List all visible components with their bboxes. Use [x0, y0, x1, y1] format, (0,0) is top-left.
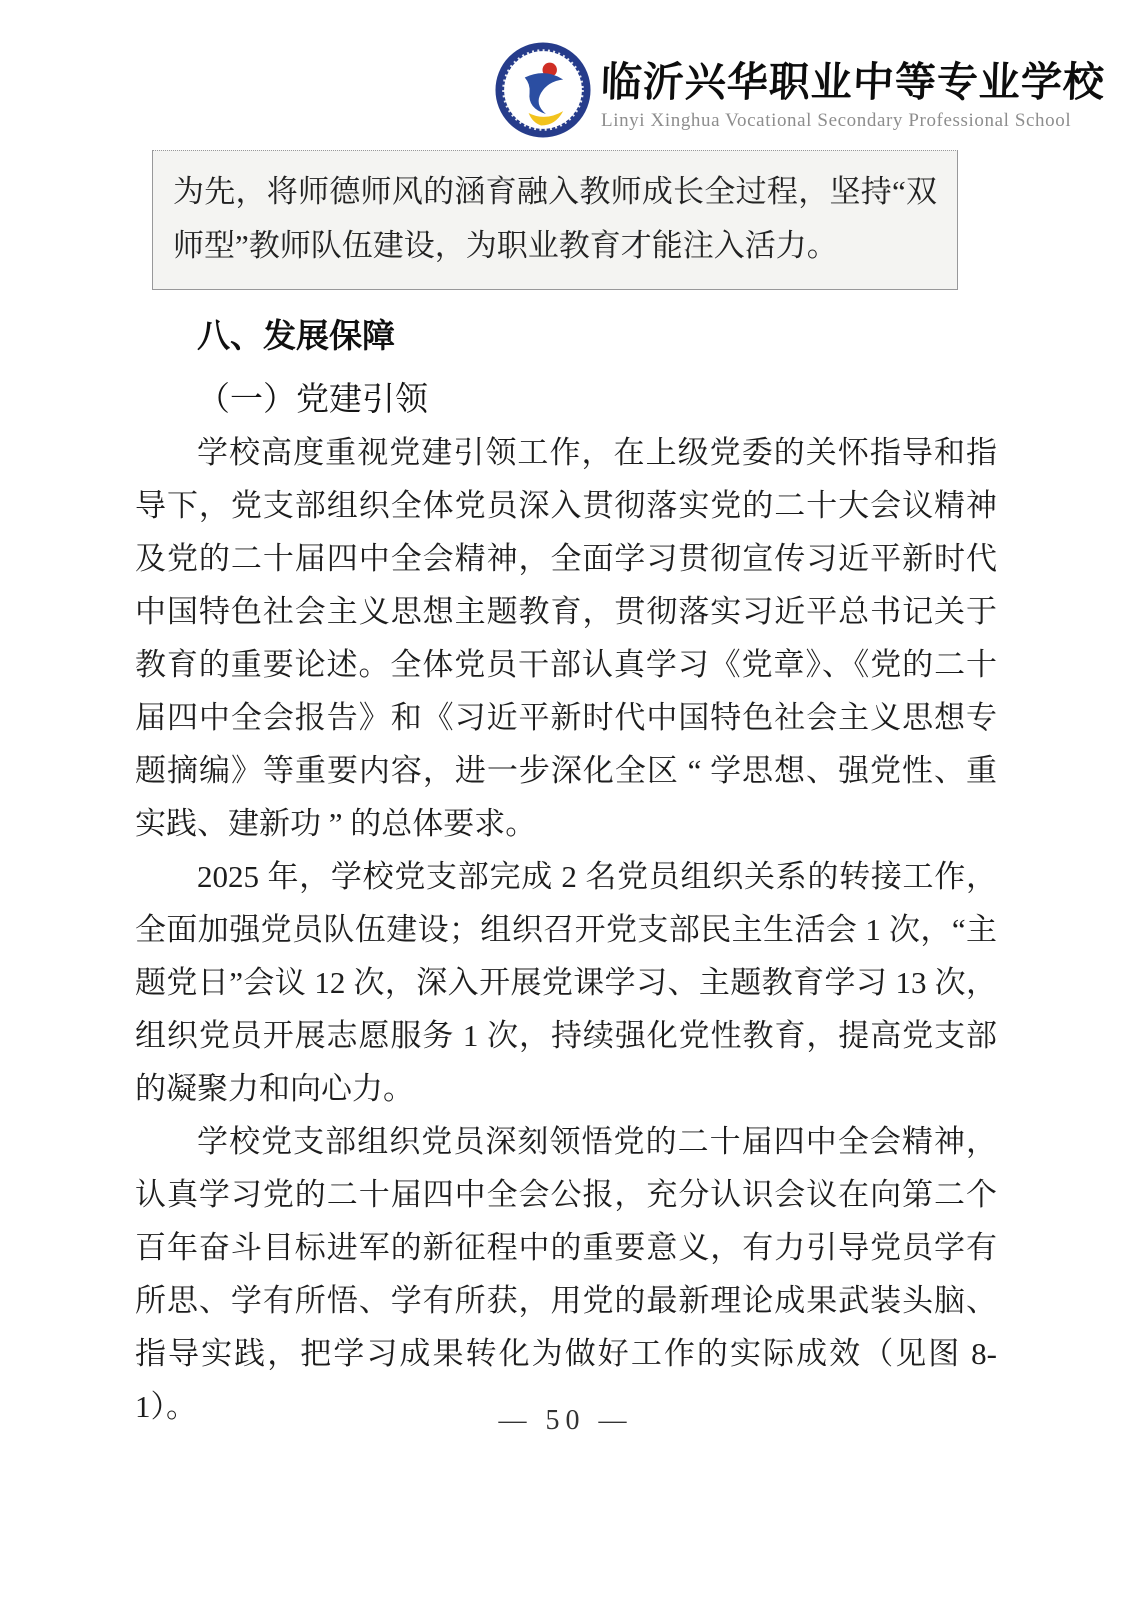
document-body: 为先，将师德师风的涵育融入教师成长全过程，坚持“双师型”教师队伍建设，为职业教育…	[135, 150, 997, 1433]
school-logo-icon	[495, 42, 591, 138]
school-header: 临沂兴华职业中等专业学校 Linyi Xinghua Vocational Se…	[495, 42, 1105, 138]
page-footer: — 50 —	[0, 1405, 1131, 1437]
page-number: — 50 —	[499, 1405, 633, 1436]
section-heading: 八、发展保障	[197, 310, 997, 357]
highlight-box: 为先，将师德师风的涵育融入教师成长全过程，坚持“双师型”教师队伍建设，为职业教育…	[152, 150, 958, 290]
paragraph-2025-statistics: 2025 年，学校党支部完成 2 名党员组织关系的转接工作，全面加强党员队伍建设…	[135, 850, 997, 1115]
highlight-box-text: 为先，将师德师风的涵育融入教师成长全过程，坚持“双师型”教师队伍建设，为职业教育…	[173, 174, 937, 263]
document-page: 临沂兴华职业中等专业学校 Linyi Xinghua Vocational Se…	[0, 0, 1131, 1600]
paragraph-party-building: 学校高度重视党建引领工作，在上级党委的关怀指导和指导下，党支部组织全体党员深入贯…	[135, 426, 997, 850]
school-name-en: Linyi Xinghua Vocational Secondary Profe…	[601, 110, 1105, 132]
subsection-heading: （一）党建引领	[197, 373, 997, 420]
paragraph-plenary-spirit: 学校党支部组织党员深刻领悟党的二十届四中全会精神，认真学习党的二十届四中全会公报…	[135, 1115, 997, 1433]
school-titles: 临沂兴华职业中等专业学校 Linyi Xinghua Vocational Se…	[601, 49, 1105, 132]
school-name-cn: 临沂兴华职业中等专业学校	[600, 49, 1106, 108]
